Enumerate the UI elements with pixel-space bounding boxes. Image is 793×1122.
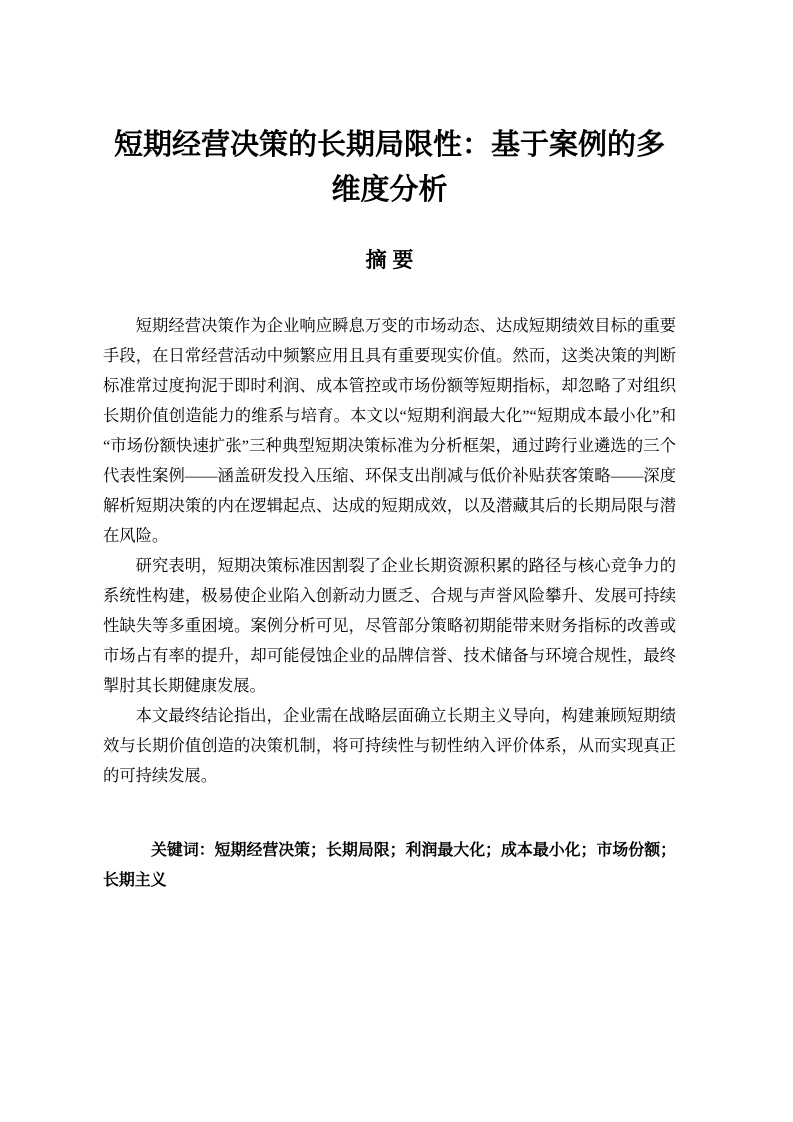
abstract-paragraph-1: 短期经营决策作为企业响应瞬息万变的市场动态、达成短期绩效目标的重要手段，在日常经… [103,311,676,551]
paper-title: 短期经营决策的长期局限性：基于案例的多维度分析 [103,123,676,213]
abstract-body: 短期经营决策作为企业响应瞬息万变的市场动态、达成短期绩效目标的重要手段，在日常经… [103,311,676,896]
abstract-paragraph-2: 研究表明，短期决策标准因割裂了企业长期资源积累的路径与核心竞争力的系统性构建，极… [103,551,676,701]
abstract-heading: 摘 要 [103,246,676,276]
document-page: 短期经营决策的长期局限性：基于案例的多维度分析 摘 要 短期经营决策作为企业响应… [0,0,793,1122]
abstract-paragraph-3: 本文最终结论指出，企业需在战略层面确立长期主义导向，构建兼顾短期绩效与长期价值创… [103,701,676,791]
keywords-line: 关键词：短期经营决策；长期局限；利润最大化；成本最小化；市场份额；长期主义 [103,836,676,896]
